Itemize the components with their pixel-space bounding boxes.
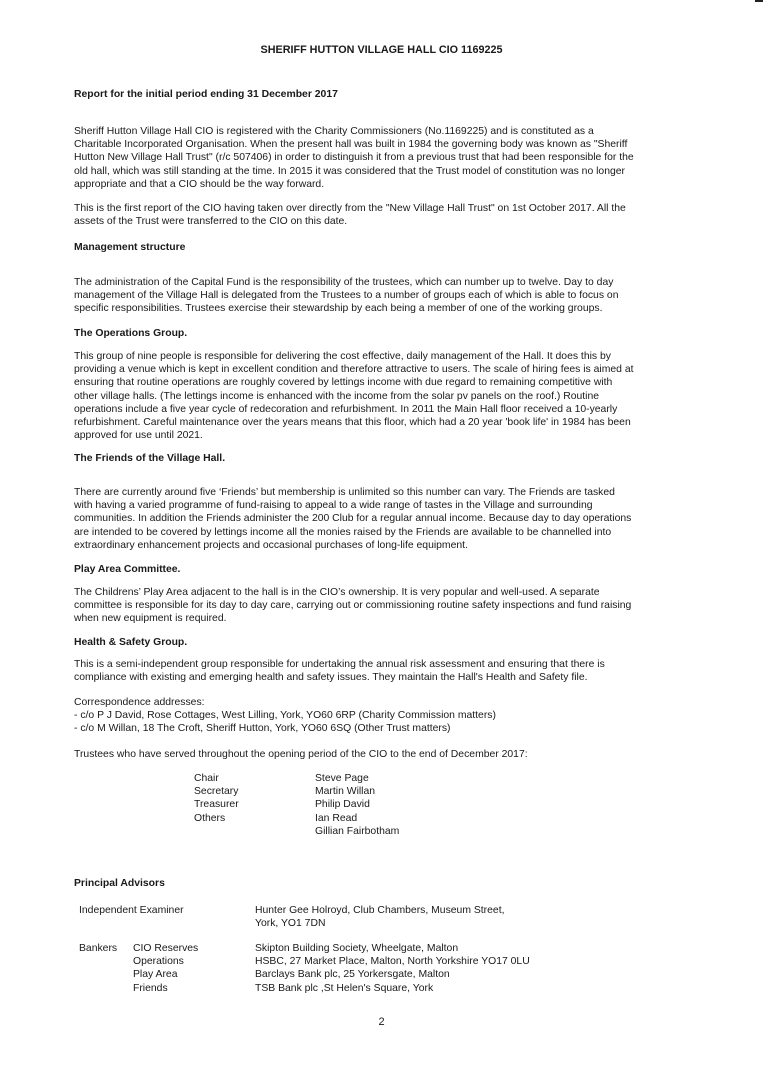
section-heading-play-area: Play Area Committee. bbox=[74, 563, 634, 576]
section-heading-operations: The Operations Group. bbox=[74, 327, 634, 340]
trustee-name: Martin Willan bbox=[315, 785, 375, 798]
bankers-label: Bankers bbox=[79, 942, 133, 955]
bankers-table: Bankers CIO Reserves Skipton Building So… bbox=[79, 942, 530, 995]
section-heading-friends: The Friends of the Village Hall. bbox=[74, 452, 634, 465]
banker-row: Operations HSBC, 27 Market Place, Malton… bbox=[79, 955, 530, 968]
banker-bank: HSBC, 27 Market Place, Malton, North Yor… bbox=[255, 955, 530, 968]
page-number: 2 bbox=[0, 1016, 763, 1029]
section-body-health-safety: This is a semi-independent group respons… bbox=[74, 658, 634, 684]
trustee-name: Ian Read bbox=[315, 812, 357, 825]
trustee-role: Secretary bbox=[194, 785, 315, 798]
banker-account: Play Area bbox=[133, 968, 255, 981]
trustee-role bbox=[194, 825, 315, 838]
section-body-operations: This group of nine people is responsible… bbox=[74, 350, 634, 442]
report-subtitle: Report for the initial period ending 31 … bbox=[74, 88, 634, 101]
examiner-address-line-2: York, YO1 7DN bbox=[255, 917, 504, 930]
intro-paragraph-1: Sheriff Hutton Village Hall CIO is regis… bbox=[74, 125, 634, 191]
banker-bank: TSB Bank plc ,St Helen's Square, York bbox=[255, 982, 433, 995]
banker-row: Bankers CIO Reserves Skipton Building So… bbox=[79, 942, 530, 955]
trustee-row: Others Ian Read bbox=[194, 812, 399, 825]
trustee-name: Steve Page bbox=[315, 772, 369, 785]
section-body-play-area: The Childrens’ Play Area adjacent to the… bbox=[74, 586, 634, 626]
banker-account: Friends bbox=[133, 982, 255, 995]
examiner-label: Independent Examiner bbox=[79, 904, 255, 930]
trustees-intro: Trustees who have served throughout the … bbox=[74, 748, 634, 761]
trustee-row: Chair Steve Page bbox=[194, 772, 399, 785]
section-heading-health-safety: Health & Safety Group. bbox=[74, 636, 634, 649]
trustees-list: Chair Steve Page Secretary Martin Willan… bbox=[194, 772, 399, 838]
independent-examiner: Independent Examiner Hunter Gee Holroyd,… bbox=[79, 904, 504, 930]
trustee-row: Treasurer Philip David bbox=[194, 798, 399, 811]
bankers-label-spacer bbox=[79, 955, 133, 968]
trustee-row: Secretary Martin Willan bbox=[194, 785, 399, 798]
document-title: SHERIFF HUTTON VILLAGE HALL CIO 1169225 bbox=[0, 44, 763, 57]
trustee-row: Gillian Fairbotham bbox=[194, 825, 399, 838]
correspondence-label: Correspondence addresses: bbox=[74, 696, 634, 709]
section-heading-management: Management structure bbox=[74, 241, 634, 254]
trustee-name: Gillian Fairbotham bbox=[315, 825, 399, 838]
examiner-address-line-1: Hunter Gee Holroyd, Club Chambers, Museu… bbox=[255, 904, 504, 917]
banker-account: Operations bbox=[133, 955, 255, 968]
trustee-role: Chair bbox=[194, 772, 315, 785]
section-body-management: The administration of the Capital Fund i… bbox=[74, 276, 634, 316]
trustee-role: Treasurer bbox=[194, 798, 315, 811]
banker-row: Play Area Barclays Bank plc, 25 Yorkersg… bbox=[79, 968, 530, 981]
trustee-role: Others bbox=[194, 812, 315, 825]
banker-account: CIO Reserves bbox=[133, 942, 255, 955]
correspondence-address-2: - c/o M Willan, 18 The Croft, Sheriff Hu… bbox=[74, 722, 634, 735]
banker-bank: Skipton Building Society, Wheelgate, Mal… bbox=[255, 942, 458, 955]
section-body-friends: There are currently around five ‘Friends… bbox=[74, 486, 634, 552]
banker-bank: Barclays Bank plc, 25 Yorkersgate, Malto… bbox=[255, 968, 450, 981]
banker-row: Friends TSB Bank plc ,St Helen's Square,… bbox=[79, 982, 530, 995]
bankers-label-spacer bbox=[79, 968, 133, 981]
trustee-name: Philip David bbox=[315, 798, 370, 811]
bankers-label-spacer bbox=[79, 982, 133, 995]
advisors-heading: Principal Advisors bbox=[74, 877, 165, 890]
intro-paragraph-2: This is the first report of the CIO havi… bbox=[74, 202, 634, 228]
examiner-address: Hunter Gee Holroyd, Club Chambers, Museu… bbox=[255, 904, 504, 930]
scan-artifact bbox=[755, 0, 763, 2]
correspondence-address-1: - c/o P J David, Rose Cottages, West Lil… bbox=[74, 709, 634, 722]
